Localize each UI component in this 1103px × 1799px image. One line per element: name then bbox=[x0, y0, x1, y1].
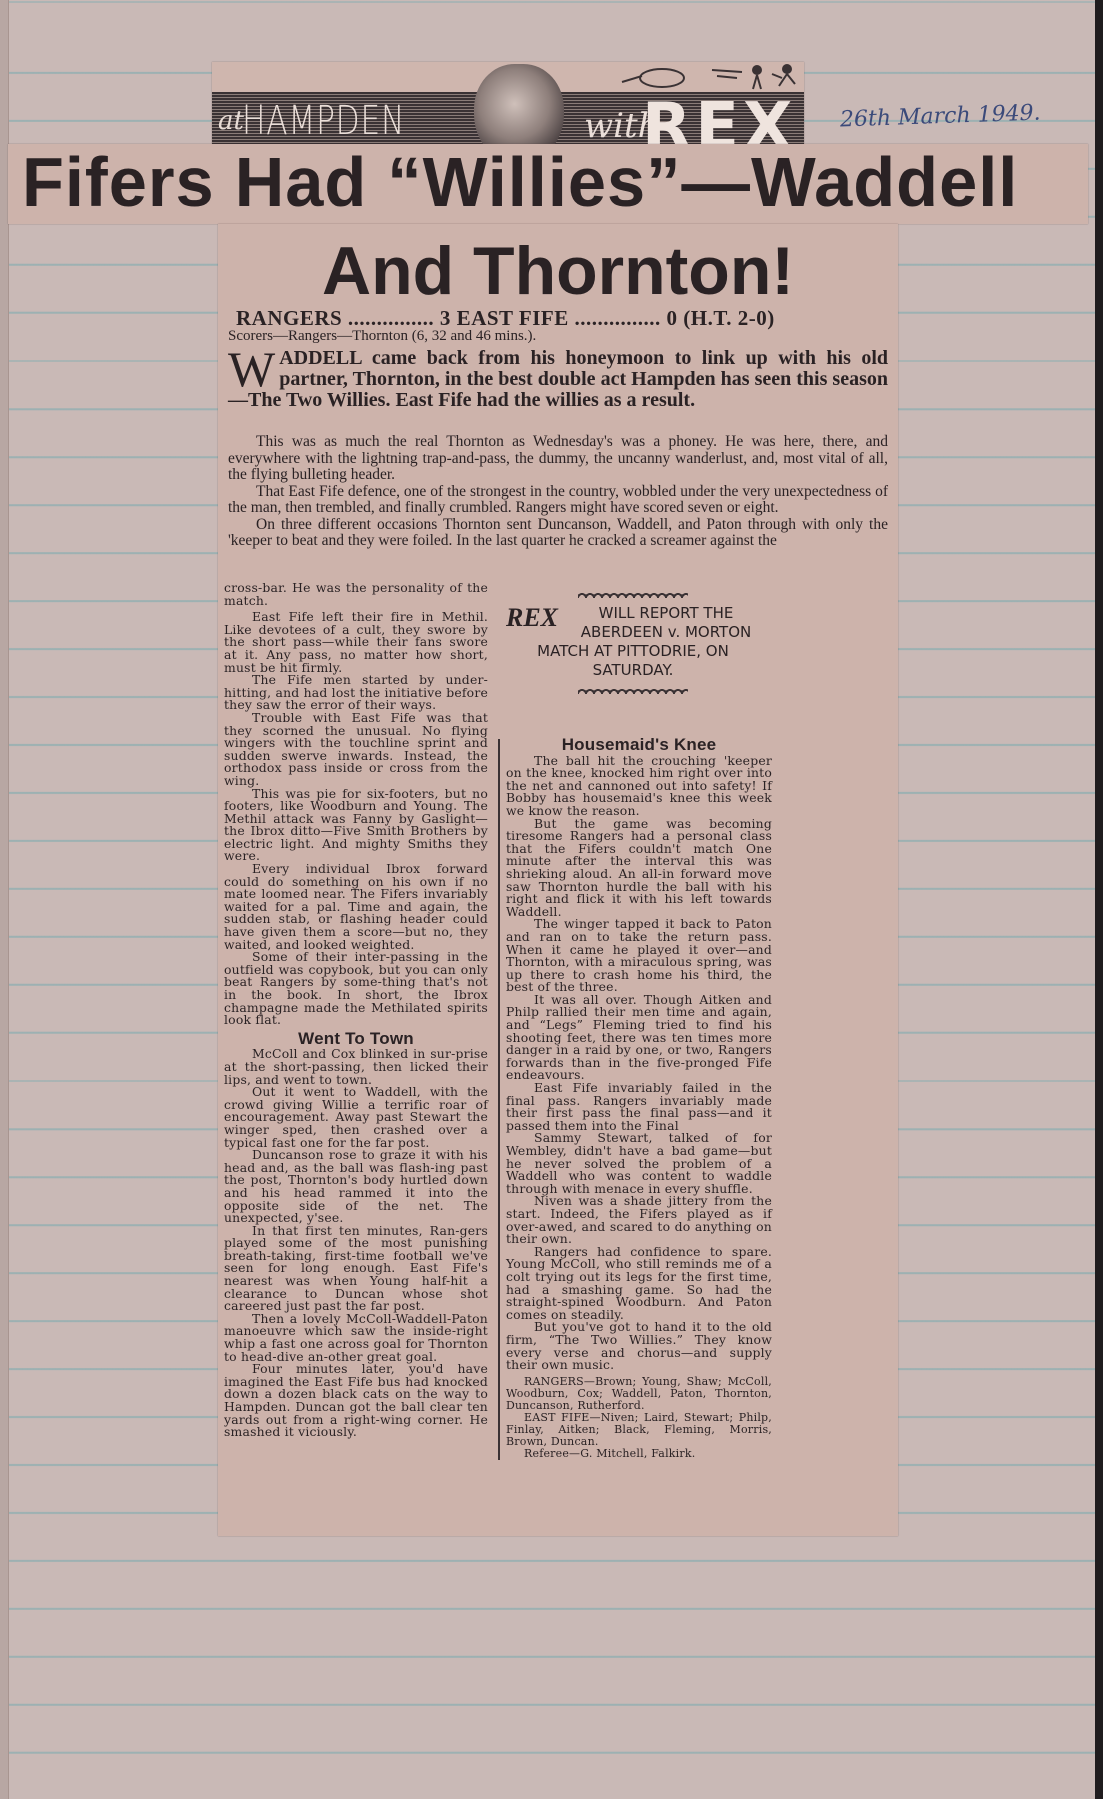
masthead-prefix: at bbox=[218, 106, 244, 136]
paragraph: cross-bar. He was the personality of the… bbox=[224, 582, 488, 607]
paragraph: This was pie for six-footers, but no foo… bbox=[224, 788, 488, 864]
paragraph: Duncanson rose to graze it with his head… bbox=[224, 1149, 488, 1225]
lede-text: ADDELL came back from his honeymoon to l… bbox=[228, 347, 888, 411]
referee-line: Referee—G. Mitchell, Falkirk. bbox=[506, 1448, 772, 1460]
wave-divider-icon bbox=[578, 590, 688, 598]
paragraph: Sammy Stewart, talked of for Wembley, di… bbox=[506, 1132, 772, 1195]
headline-line-1: Fifers Had “Willies”—Waddell bbox=[22, 142, 1018, 222]
paragraph: Then a lovely McColl-Waddell-Paton manoe… bbox=[224, 1313, 488, 1363]
paragraph: Out it went to Waddell, with the crowd g… bbox=[224, 1086, 488, 1149]
paragraph: Some of their inter-passing in the outfi… bbox=[224, 951, 488, 1027]
headline-strip: Fifers Had “Willies”—Waddell bbox=[8, 144, 1088, 224]
paragraph: The Fife men started by under-hitting, a… bbox=[224, 674, 488, 712]
paragraph: The ball hit the crouching 'keeper on th… bbox=[506, 755, 772, 818]
promo-box: REX WILL REPORT THE ABERDEEN v. MORTON M… bbox=[500, 584, 766, 700]
paragraph: But the game was becoming tiresome Range… bbox=[506, 818, 772, 919]
subhead-went-to-town: Went To Town bbox=[224, 1033, 488, 1046]
lineup-rangers: RANGERS—Brown; Young, Shaw; McColl, Wood… bbox=[506, 1376, 772, 1412]
paragraph: Four minutes later, you'd have imagined … bbox=[224, 1363, 488, 1439]
scrapbook-page: at HAMPDEN with REX 26th March 1949. Fif… bbox=[0, 0, 1095, 1799]
column-masthead: at HAMPDEN with REX bbox=[212, 62, 804, 152]
paragraph: This was as much the real Thornton as We… bbox=[228, 434, 888, 484]
paragraph: McColl and Cox blinked in sur-prise at t… bbox=[224, 1048, 488, 1086]
paragraph: That East Fife defence, one of the stron… bbox=[228, 484, 888, 517]
cartoon-footballers-icon bbox=[592, 62, 802, 92]
paragraph: The winger tapped it back to Paton and r… bbox=[506, 918, 772, 994]
paragraph: Trouble with East Fife was that they sco… bbox=[224, 712, 488, 788]
paragraph: But you've got to hand it to the old fir… bbox=[506, 1321, 772, 1371]
wave-divider-icon bbox=[578, 686, 688, 694]
drop-cap: W bbox=[228, 348, 275, 390]
promo-text: WILL REPORT THE ABERDEEN v. MORTON MATCH… bbox=[537, 604, 751, 679]
body-full-width: This was as much the real Thornton as We… bbox=[228, 434, 888, 550]
column-right: Housemaid's Knee The ball hit the crouch… bbox=[498, 739, 772, 1460]
album-binding bbox=[1095, 0, 1103, 1799]
paragraph: Rangers had confidence to spare. Young M… bbox=[506, 1246, 772, 1322]
columnist-portrait-icon bbox=[474, 64, 564, 152]
handwritten-date: 26th March 1949. bbox=[840, 101, 1041, 133]
paragraph: East Fife left their fire in Methil. Lik… bbox=[224, 611, 488, 674]
team-lineups: RANGERS—Brown; Young, Shaw; McColl, Wood… bbox=[506, 1376, 772, 1460]
paragraph: Every individual Ibrox forward could do … bbox=[224, 863, 488, 951]
page-edge bbox=[0, 0, 9, 1799]
article-clipping: And Thornton! RANGERS ............... 3 … bbox=[218, 224, 898, 1536]
headline-line-2: And Thornton! bbox=[218, 232, 898, 310]
masthead-venue: HAMPDEN bbox=[242, 98, 405, 144]
promo-columnist: REX bbox=[506, 608, 558, 627]
lineup-east-fife: EAST FIFE—Niven; Laird, Stewart; Philp, … bbox=[506, 1412, 772, 1448]
paragraph: In that first ten minutes, Ran-gers play… bbox=[224, 1225, 488, 1313]
paragraph: East Fife invariably failed in the final… bbox=[506, 1082, 772, 1132]
lede-paragraph: WADDELL came back from his honeymoon to … bbox=[228, 348, 888, 411]
paragraph: Niven was a shade jittery from the start… bbox=[506, 1195, 772, 1245]
subhead-housemaids-knee: Housemaid's Knee bbox=[506, 739, 772, 752]
column-left: cross-bar. He was the personality of the… bbox=[224, 582, 488, 1439]
paragraph: On three different occasions Thornton se… bbox=[228, 517, 888, 550]
paragraph: It was all over. Though Aitken and Philp… bbox=[506, 994, 772, 1082]
